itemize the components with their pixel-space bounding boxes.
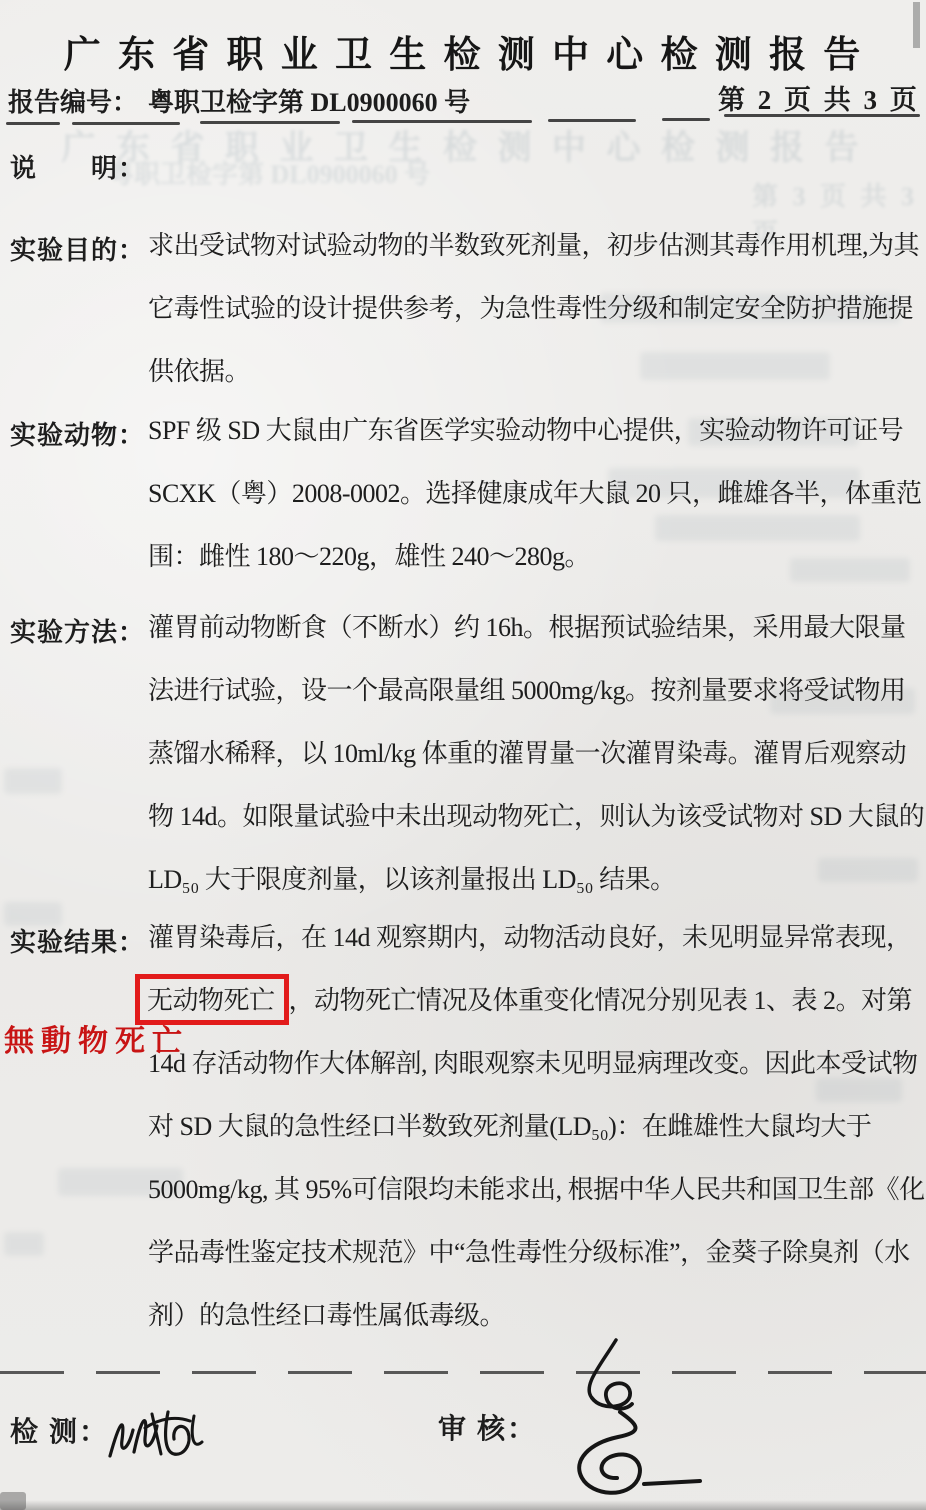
text-line: 围：雌性 180～220g，雄性 240～280g。 xyxy=(148,525,920,588)
ghost-bleed-block xyxy=(4,1232,44,1256)
report-number-row: 报告编号：粤职卫检字第 DL0900060 号 xyxy=(8,82,470,119)
page-title: 广 东 省 职 业 卫 生 检 测 中 心 检 测 报 告 xyxy=(0,24,926,78)
scan-bottom-shadow xyxy=(0,1500,926,1510)
page-indicator: 第 2 页 共 3 页 xyxy=(718,78,920,117)
section-label-animals: 实验动物： xyxy=(10,415,145,452)
method-paragraph: 灌胃前动物断食（不断水）约 16h。根据预试验结果，采用最大限量 法进行试验，设… xyxy=(148,596,920,911)
text-line: 学品毒性鉴定技术规范》中“急性毒性分级标准”，金葵子除臭剂（水 xyxy=(148,1221,920,1284)
text-line: 蒸馏水稀释，以 10ml/kg 体重的灌胃量一次灌胃染毒。灌胃后观察动 xyxy=(148,722,920,785)
purpose-paragraph: 求出受试物对试验动物的半数致死剂量，初步估测其毒作用机理,为其 它毒性试验的设计… xyxy=(148,214,920,403)
text-line: 5000mg/kg, 其 95%可信限均未能求出, 根据中华人民共和国卫生部《化 xyxy=(148,1158,920,1221)
scan-smudge xyxy=(0,1492,26,1510)
text-line-with-highlight: 无动物死亡，动物死亡情况及体重变化情况分别见表 1、表 2。对第 xyxy=(148,969,920,1032)
section-label-notes: 说 明： xyxy=(10,148,145,185)
text-line: LD₅₀ 大于限度剂量，以该剂量报出 LD₅₀ 结果。 xyxy=(148,848,920,911)
text-line: 法进行试验，设一个最高限量组 5000mg/kg。按剂量要求将受试物用 xyxy=(148,659,920,722)
animals-paragraph: SPF 级 SD 大鼠由广东省医学实验动物中心提供，实验动物许可证号 SCXK（… xyxy=(148,399,920,588)
section-label-method: 实验方法： xyxy=(10,612,145,649)
text-line: SCXK（粤）2008-0002。选择健康成年大鼠 20 只，雌雄各半，体重范 xyxy=(148,462,920,525)
text-line: SPF 级 SD 大鼠由广东省医学实验动物中心提供，实验动物许可证号 xyxy=(148,399,920,462)
text-line: 灌胃染毒后，在 14d 观察期内，动物活动良好，未见明显异常表现， xyxy=(148,906,920,969)
text-line: 它毒性试验的设计提供参考，为急性毒性分级和制定安全防护措施提 xyxy=(148,277,920,340)
scan-artifact xyxy=(913,2,920,48)
text-line: 物 14d。如限量试验中未出现动物死亡，则认为该受试物对 SD 大鼠的 xyxy=(148,785,920,848)
red-margin-annotation: 無動物死亡 xyxy=(4,1016,189,1060)
ghost-report-number-text: 粤职卫检字第 DL0900060 号 xyxy=(108,154,430,191)
section-label-purpose: 实验目的： xyxy=(10,230,145,267)
text-line: 对 SD 大鼠的急性经口半数致死剂量(LD₅₀)：在雌雄性大鼠均大于 xyxy=(148,1095,920,1158)
tester-signature xyxy=(100,1392,215,1472)
text-line: 灌胃前动物断食（不断水）约 16h。根据预试验结果，采用最大限量 xyxy=(148,596,920,659)
underline-segment xyxy=(200,121,340,124)
scanned-report-page: 广 东 省 职 业 卫 生 检 测 中 心 检 测 报 告 粤职卫检字第 DL0… xyxy=(0,0,926,1510)
text-line: ，动物死亡情况及体重变化情况分别见表 1、表 2。对第 xyxy=(289,986,913,1015)
report-number-label: 报告编号： xyxy=(8,88,138,117)
underline-segment xyxy=(72,122,180,125)
underline-segment xyxy=(6,122,60,125)
text-line: 供依据。 xyxy=(148,340,920,403)
tester-label: 检 测： xyxy=(10,1410,109,1450)
underline-segment xyxy=(724,114,920,117)
section-label-results: 实验结果： xyxy=(10,922,145,959)
text-line: 求出受试物对试验动物的半数致死剂量，初步估测其毒作用机理,为其 xyxy=(148,214,920,277)
footer-dashed-divider xyxy=(0,1371,926,1374)
reviewer-signature xyxy=(520,1336,720,1506)
underline-segment xyxy=(352,120,532,123)
ghost-bleed-block xyxy=(4,768,62,794)
underline-segment xyxy=(548,119,636,122)
underline-segment xyxy=(662,118,710,121)
text-line: 14d 存活动物作大体解剖, 肉眼观察未见明显病理改变。因此本受试物 xyxy=(148,1032,920,1095)
report-number-value: 粤职卫检字第 DL0900060 号 xyxy=(148,88,470,117)
results-paragraph: 灌胃染毒后，在 14d 观察期内，动物活动良好，未见明显异常表现， 无动物死亡，… xyxy=(148,906,920,1347)
